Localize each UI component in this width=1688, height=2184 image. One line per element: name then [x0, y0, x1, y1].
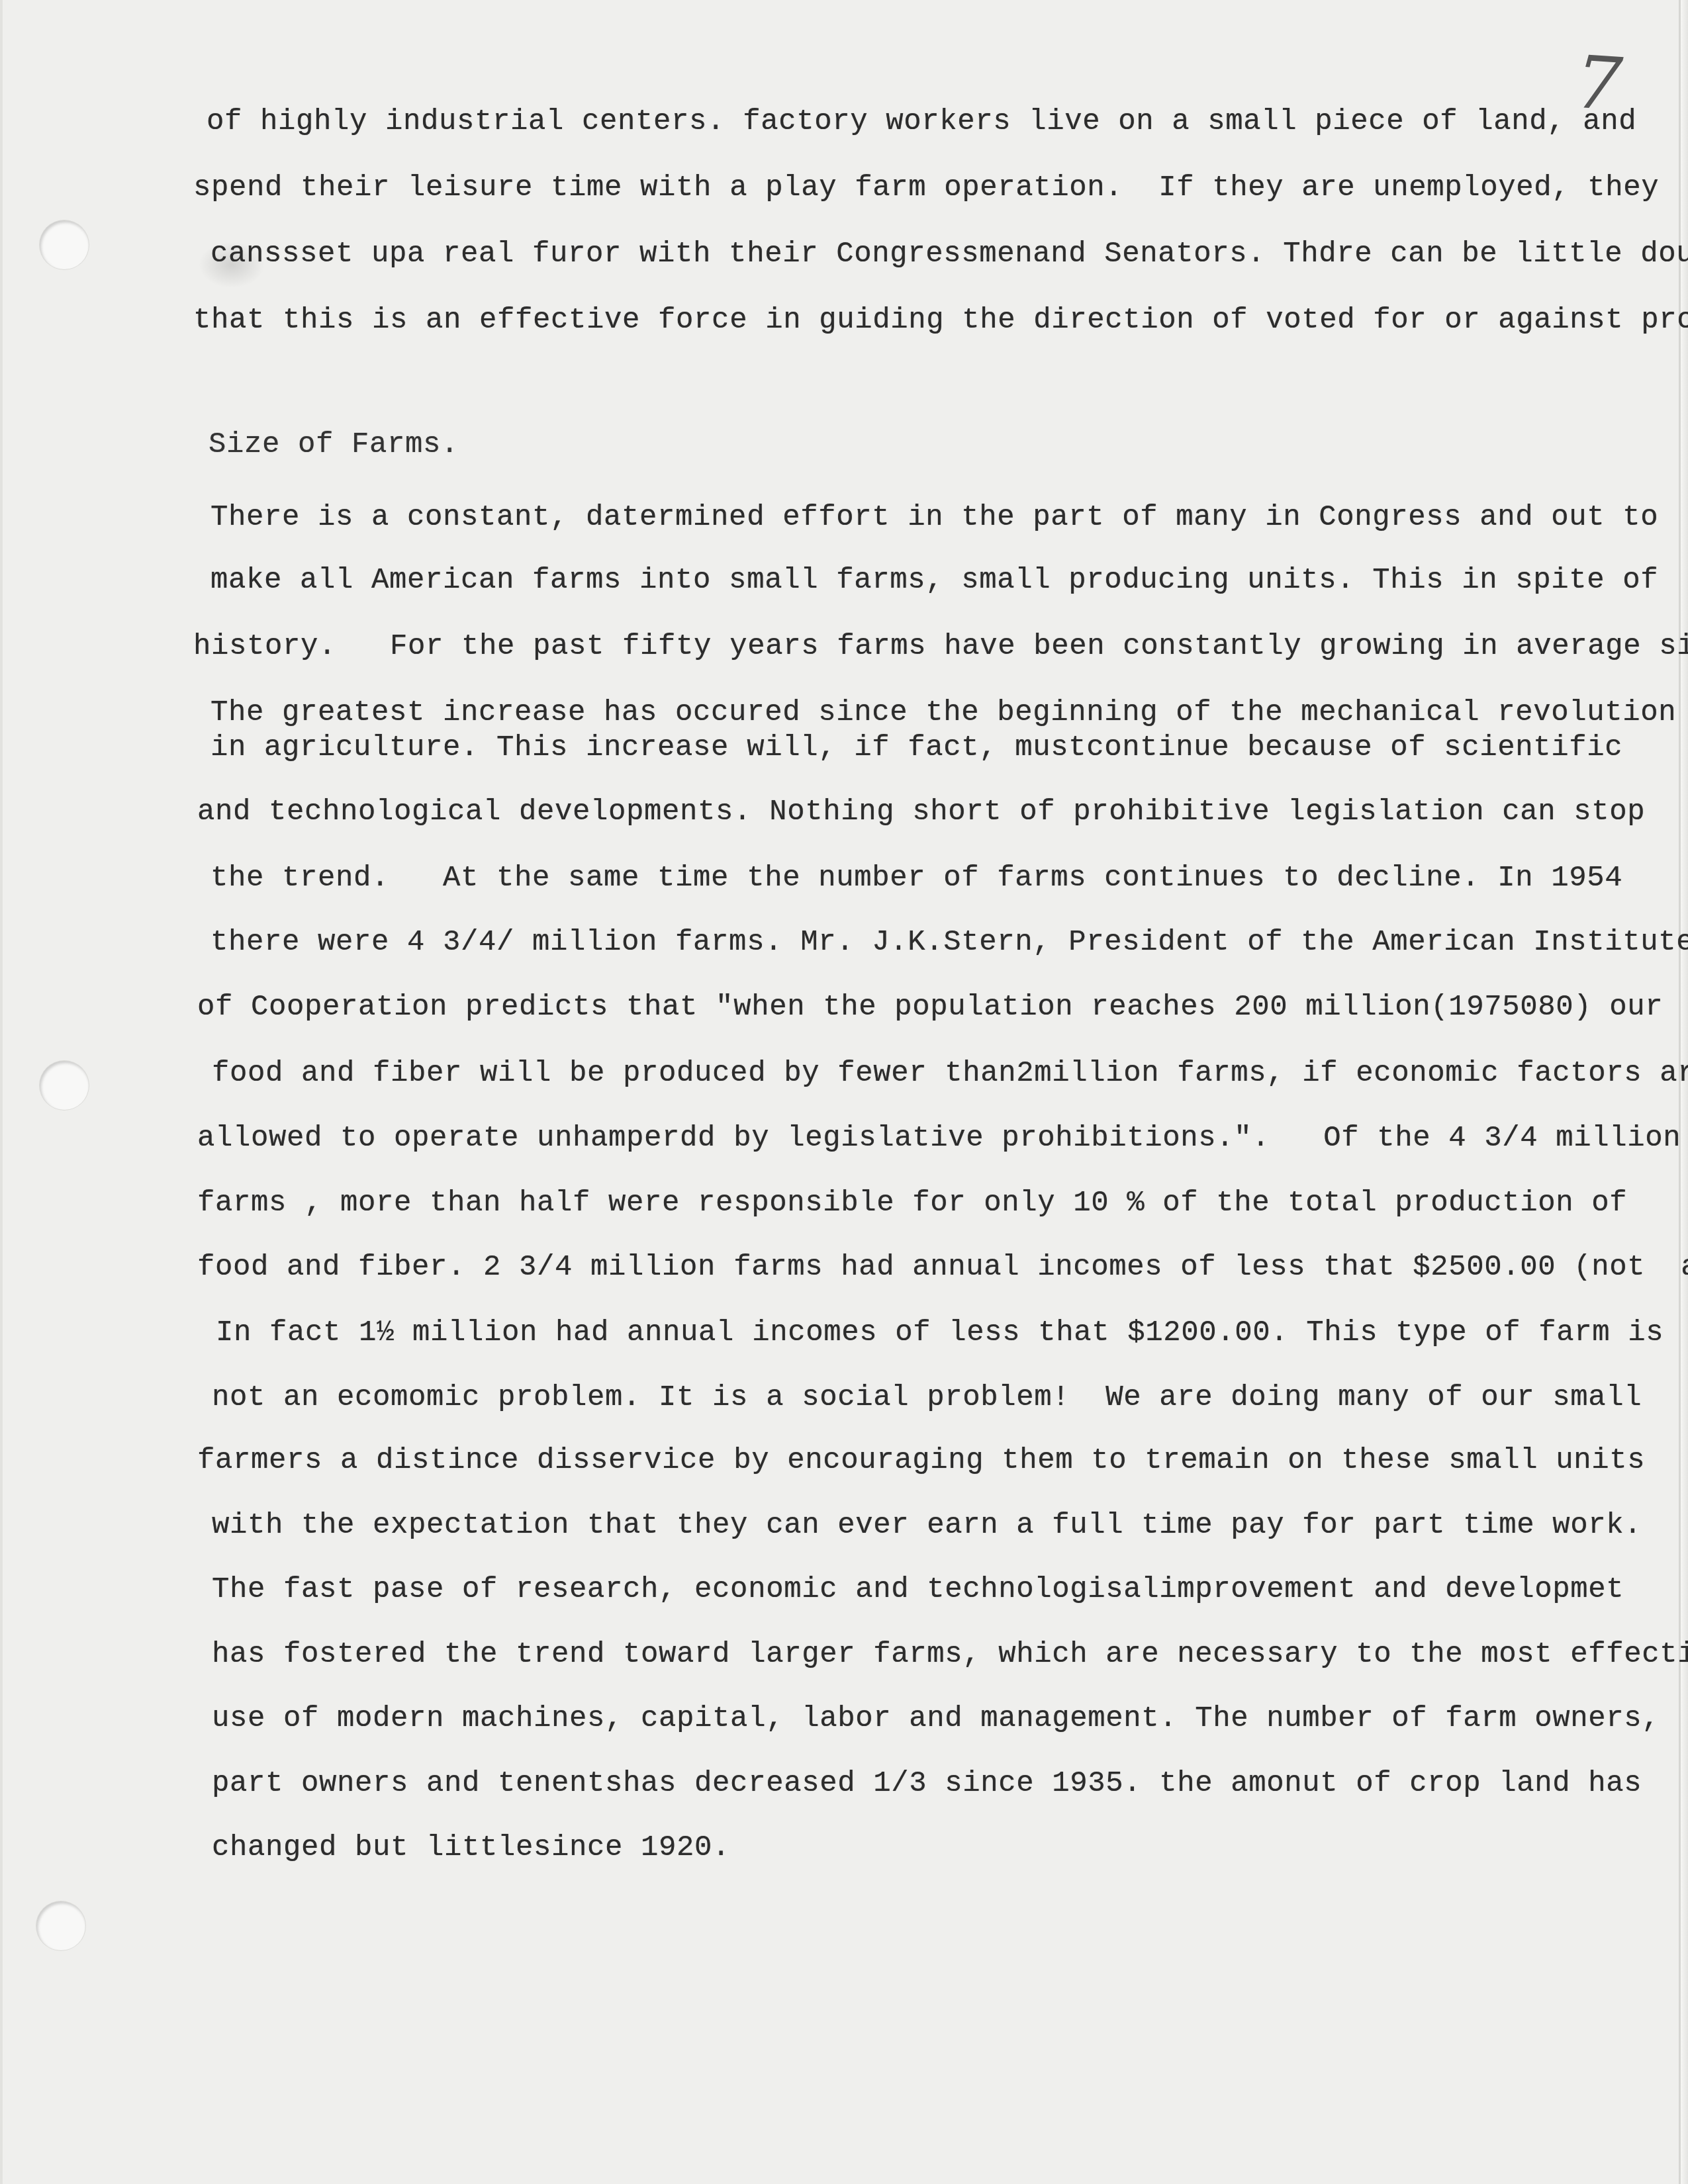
text-line: make all American farms into small farms… [211, 566, 1658, 595]
text-line: not an ecomomic problem. It is a social … [212, 1383, 1642, 1412]
text-line: with the expectation that they can ever … [212, 1511, 1642, 1540]
text-line: the trend. At the same time the number o… [211, 864, 1622, 893]
punch-hole-icon [40, 1061, 89, 1110]
text-line: there were 4 3/4/ million farms. Mr. J.K… [211, 928, 1688, 957]
text-line: food and fiber. 2 3/4 million farms had … [197, 1253, 1688, 1282]
text-line: The greatest increase has occured since … [211, 698, 1676, 727]
punch-hole-icon [36, 1901, 85, 1950]
text-line: use of modern machines, capital, labor a… [212, 1704, 1660, 1733]
text-line: part owners and tenentshas decreased 1/3… [212, 1769, 1642, 1798]
punch-hole-icon [40, 220, 89, 269]
text-line: and technological developments. Nothing … [197, 797, 1645, 827]
text-line: spend their leisure time with a play far… [193, 173, 1659, 203]
text-line: There is a constant, datermined effort i… [211, 503, 1658, 532]
text-line: In fact 1½ million had annual incomes of… [216, 1318, 1664, 1347]
text-line: in agriculture. This increase will, if f… [211, 733, 1622, 762]
text-line: of highly industrial centers. factory wo… [207, 107, 1636, 136]
text-line: of Cooperation predicts that "when the p… [197, 993, 1663, 1022]
text-line: canssset upa real furor with their Congr… [211, 240, 1688, 269]
text-line: farms , more than half were responsible … [197, 1189, 1627, 1218]
text-line: food and fiber will be produced by fewer… [212, 1059, 1688, 1088]
text-line: The fast pase of research, economic and … [212, 1575, 1624, 1604]
text-line: history. For the past fifty years farms … [193, 632, 1688, 661]
section-heading: Size of Farms. [209, 430, 459, 459]
text-line: allowed to operate unhamperdd by legisla… [197, 1124, 1681, 1153]
text-line: changed but littlesince 1920. [212, 1833, 730, 1862]
text-line: that this is an effective force in guidi… [193, 306, 1688, 335]
text-line: has fostered the trend toward larger far… [212, 1640, 1688, 1669]
text-line: farmers a distince disservice by encoura… [197, 1446, 1645, 1475]
